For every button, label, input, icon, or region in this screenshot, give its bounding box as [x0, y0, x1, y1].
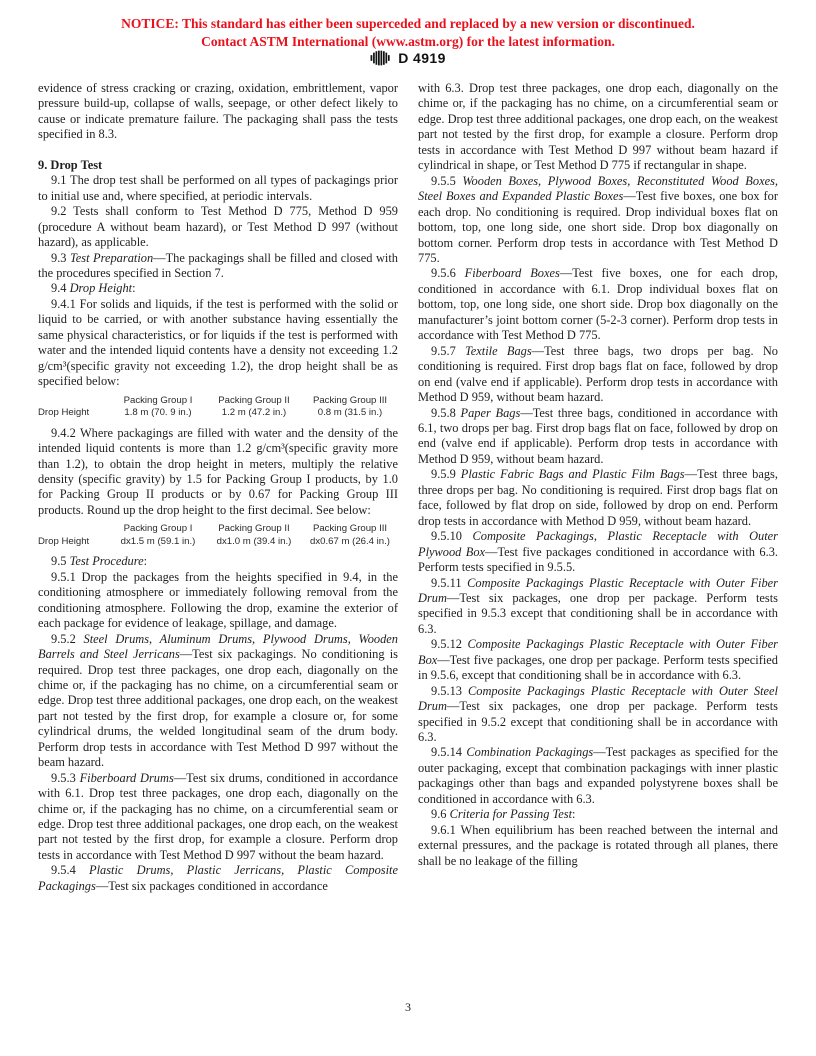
paragraph: 9.5.10 Composite Packagings, Plastic Rec… [418, 529, 778, 575]
discontinuation-notice: NOTICE: This standard has either been su… [0, 15, 816, 50]
right-column: with 6.3. Drop test three packages, one … [418, 81, 778, 981]
table-value: 0.8 m (31.5 in.) [302, 407, 398, 420]
table-header: Packing Group III [302, 395, 398, 408]
paragraph: 9.3 Test Preparation—The packagings shal… [38, 251, 398, 282]
drop-height-table: Packing Group IPacking Group IIPacking G… [38, 523, 398, 548]
two-column-body: evidence of stress cracking or crazing, … [38, 81, 778, 981]
paragraph: 9.5.4 Plastic Drums, Plastic Jerricans, … [38, 863, 398, 894]
astm-seal-icon [370, 50, 391, 66]
table-value: dx0.67 m (26.4 in.) [302, 536, 398, 549]
table-row-label: Drop Height [38, 407, 110, 420]
table-spacer [38, 395, 110, 408]
paragraph: 9.5.7 Textile Bags—Test three bags, two … [418, 344, 778, 406]
table-header: Packing Group I [110, 523, 206, 536]
table-header: Packing Group I [110, 395, 206, 408]
left-column: evidence of stress cracking or crazing, … [38, 81, 398, 981]
paragraph: 9.5.13 Composite Packagings Plastic Rece… [418, 684, 778, 746]
paragraph: 9.4 Drop Height: [38, 281, 398, 296]
paragraph: 9.5.14 Combination Packagings—Test packa… [418, 745, 778, 807]
page-footer: 3 [18, 1000, 798, 1015]
paragraph: 9.4.2 Where packagings are filled with w… [38, 426, 398, 519]
paragraph: with 6.3. Drop test three packages, one … [418, 81, 778, 174]
paragraph: 9.2 Tests shall conform to Test Method D… [38, 204, 398, 250]
paragraph: 9.5.9 Plastic Fabric Bags and Plastic Fi… [418, 467, 778, 529]
table-header: Packing Group II [206, 395, 302, 408]
table-value: 1.2 m (47.2 in.) [206, 407, 302, 420]
table-value: dx1.5 m (59.1 in.) [110, 536, 206, 549]
drop-height-table: Packing Group IPacking Group IIPacking G… [38, 395, 398, 420]
paragraph: 9.6.1 When equilibrium has been reached … [418, 823, 778, 869]
paragraph: 9.5.8 Paper Bags—Test three bags, condit… [418, 406, 778, 468]
paragraph: 9.5.5 Wooden Boxes, Plywood Boxes, Recon… [418, 174, 778, 267]
notice-line-1: NOTICE: This standard has either been su… [0, 15, 816, 33]
paragraph: 9.5 Test Procedure: [38, 554, 398, 569]
table-row-label: Drop Height [38, 536, 110, 549]
page-number: 3 [405, 1000, 411, 1014]
table-spacer [38, 523, 110, 536]
table-value: 1.8 m (70. 9 in.) [110, 407, 206, 420]
paragraph: 9.1 The drop test shall be performed on … [38, 173, 398, 204]
paragraph: 9.5.11 Composite Packagings Plastic Rece… [418, 576, 778, 638]
table-header: Packing Group II [206, 523, 302, 536]
paragraph: 9.5.2 Steel Drums, Aluminum Drums, Plywo… [38, 632, 398, 771]
paragraph: 9.5.1 Drop the packages from the heights… [38, 570, 398, 632]
section-heading: 9. Drop Test [38, 158, 398, 173]
paragraph: 9.6 Criteria for Passing Test: [418, 807, 778, 822]
table-header: Packing Group III [302, 523, 398, 536]
paragraph: 9.5.12 Composite Packagings Plastic Rece… [418, 637, 778, 683]
document-header: D 4919 [18, 50, 798, 66]
notice-line-2: Contact ASTM International (www.astm.org… [0, 33, 816, 51]
table-value: dx1.0 m (39.4 in.) [206, 536, 302, 549]
paragraph: 9.5.6 Fiberboard Boxes—Test five boxes, … [418, 266, 778, 343]
paragraph: evidence of stress cracking or crazing, … [38, 81, 398, 143]
paragraph: 9.5.3 Fiberboard Drums—Test six drums, c… [38, 771, 398, 864]
paragraph: 9.4.1 For solids and liquids, if the tes… [38, 297, 398, 390]
doc-designation: D 4919 [398, 50, 446, 66]
